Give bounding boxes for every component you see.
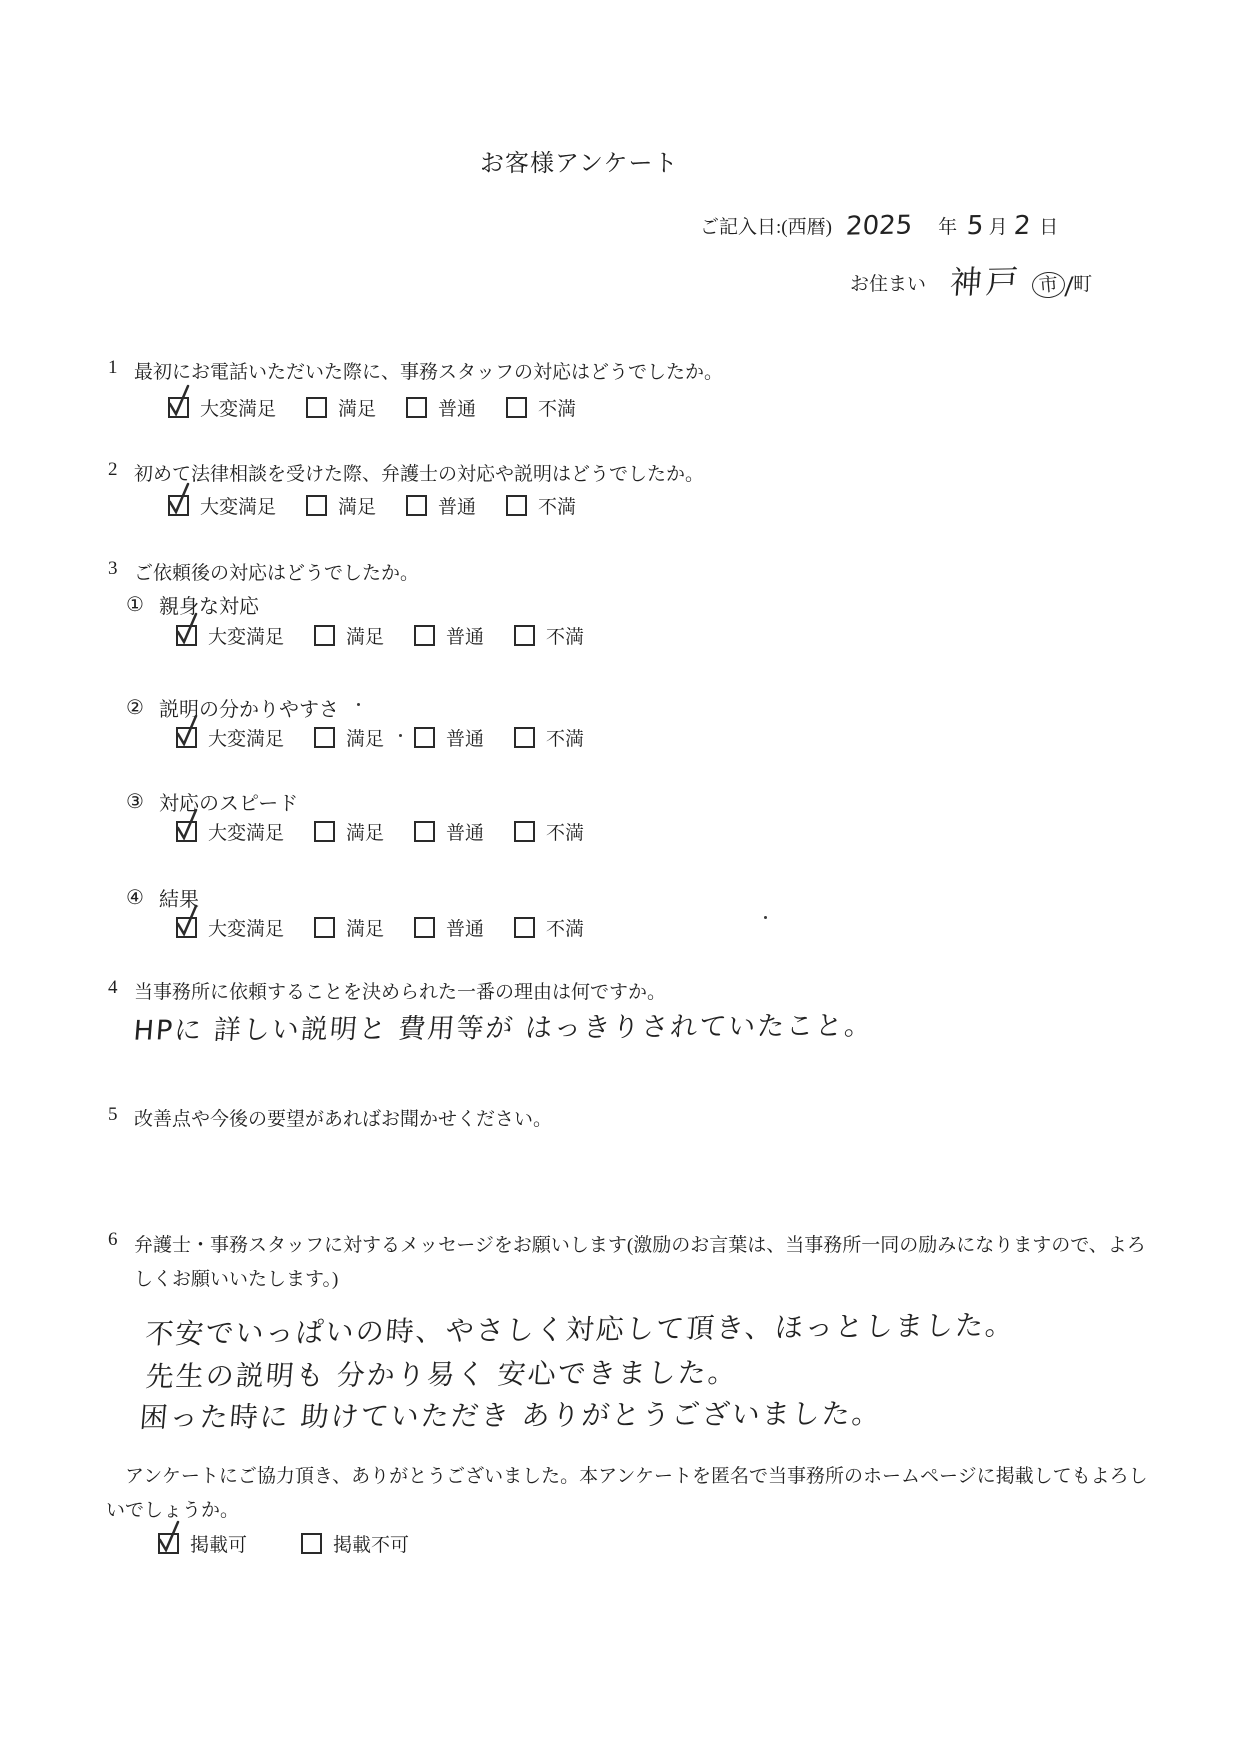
date-label: ご記入日:(西暦) — [700, 212, 832, 239]
date-year-unit: 年 — [938, 212, 957, 239]
question-3-number: 3 — [108, 558, 134, 585]
q2-checkbox-neutral — [406, 495, 427, 516]
residence-label: お住まい — [850, 269, 926, 296]
page-title: お客様アンケート — [480, 143, 679, 178]
q3-sub-4-options-row: 大変満足 満足 普通 不満 — [176, 914, 584, 941]
q2-checkbox-satisfied — [306, 495, 327, 516]
question-4: 4 当事務所に依頼することを決められた一番の理由は何ですか。 — [108, 977, 666, 1004]
question-6-number: 6 — [108, 1229, 134, 1297]
option-label: 大変満足 — [208, 724, 284, 751]
check-mark-icon — [167, 481, 191, 517]
option-label: 普通 — [438, 492, 476, 519]
q3s2-checkbox-neutral — [414, 727, 435, 748]
q3-sub-2: ② 説明の分かりやすさ — [126, 693, 339, 722]
footer-options-row: 掲載可 掲載不可 — [158, 1530, 409, 1557]
option-label: 不満 — [546, 914, 584, 941]
date-day-unit: 日 — [1039, 212, 1058, 239]
date-month-unit: 月 — [989, 212, 1008, 239]
option-label: 満足 — [346, 724, 384, 751]
residence-city-unit-circled: 市 — [1031, 271, 1066, 300]
q3s1-checkbox-satisfied — [314, 625, 335, 646]
date-month-handwritten: 5 — [966, 213, 984, 239]
residence-city-handwritten: 神戸 — [949, 265, 1023, 298]
q3s4-option-dissatisfied: 不満 — [514, 914, 584, 941]
question-3: 3 ご依頼後の対応はどうでしたか。 — [108, 558, 419, 585]
q3-sub-1-options-row: 大変満足 満足 普通 不満 — [176, 622, 584, 649]
question-6-handwritten-line-1: 不安でいっぱいの時、やさしく対応して頂き、ほっとしました。 — [144, 1303, 1017, 1352]
residence-line: お住まい 神戸 市 / 町 — [850, 266, 1092, 298]
q3s3-option-satisfied: 満足 — [314, 818, 384, 845]
q3-sub-2-marker: ② — [126, 695, 159, 720]
q3s1-option-neutral: 普通 — [414, 622, 484, 649]
option-label: 不満 — [546, 818, 584, 845]
q3s4-option-neutral: 普通 — [414, 914, 484, 941]
q1-option-satisfied: 満足 — [306, 394, 376, 421]
q3s1-checkbox-very-satisfied — [176, 625, 197, 646]
question-4-number: 4 — [108, 977, 134, 1004]
q3s3-checkbox-satisfied — [314, 821, 335, 842]
option-label: 普通 — [446, 622, 484, 649]
q3-sub-3: ③ 対応のスピード — [126, 787, 298, 816]
q2-option-very-satisfied: 大変満足 — [168, 492, 276, 519]
q3s1-option-very-satisfied: 大変満足 — [176, 622, 284, 649]
question-5: 5 改善点や今後の要望があればお聞かせください。 — [108, 1104, 552, 1131]
footer-consent-text: アンケートにご協力頂き、ありがとうございました。本アンケートを匿名で当事務所のホ… — [106, 1460, 1151, 1528]
date-line: ご記入日:(西暦) 2025 年 5 月 2 日 — [700, 212, 1058, 239]
question-6-handwritten-line-2: 先生の説明も 分かり易く 安心できました。 — [144, 1351, 739, 1395]
option-label: 普通 — [446, 724, 484, 751]
q3s1-checkbox-neutral — [414, 625, 435, 646]
q3s1-checkbox-dissatisfied — [514, 625, 535, 646]
option-label: 不満 — [538, 492, 576, 519]
footer-option-publish-ok: 掲載可 — [158, 1530, 247, 1557]
question-2-number: 2 — [108, 459, 134, 486]
q3s2-checkbox-dissatisfied — [514, 727, 535, 748]
q3s3-option-very-satisfied: 大変満足 — [176, 818, 284, 845]
check-mark-icon — [175, 903, 199, 939]
q2-options-row: 大変満足 満足 普通 不満 — [168, 492, 576, 519]
q3-sub-3-marker: ③ — [126, 789, 159, 814]
q3s2-checkbox-very-satisfied — [176, 727, 197, 748]
q3s2-option-satisfied: 満足 — [314, 724, 384, 751]
question-6-handwritten-line-3: 困った時に 助けていただき ありがとうございました。 — [138, 1392, 883, 1436]
question-5-number: 5 — [108, 1104, 134, 1131]
option-label: 普通 — [446, 818, 484, 845]
option-label: 普通 — [438, 394, 476, 421]
question-3-text: ご依頼後の対応はどうでしたか。 — [134, 558, 419, 585]
survey-document: お客様アンケート ご記入日:(西暦) 2025 年 5 月 2 日 お住まい 神… — [0, 0, 1241, 1755]
q2-option-dissatisfied: 不満 — [506, 492, 576, 519]
question-4-text: 当事務所に依頼することを決められた一番の理由は何ですか。 — [134, 977, 666, 1004]
q3-sub-2-options-row: 大変満足 満足 普通 不満 — [176, 724, 584, 751]
option-label: 普通 — [446, 914, 484, 941]
footer-checkbox-publish-ng — [301, 1533, 322, 1554]
check-mark-icon — [157, 1519, 181, 1555]
q3s4-checkbox-satisfied — [314, 917, 335, 938]
option-label: 大変満足 — [200, 394, 276, 421]
q3s3-option-neutral: 普通 — [414, 818, 484, 845]
q1-checkbox-dissatisfied — [506, 397, 527, 418]
question-2-text: 初めて法律相談を受けた際、弁護士の対応や説明はどうでしたか。 — [134, 459, 704, 486]
question-6: 6 弁護士・事務スタッフに対するメッセージをお願いします(激励のお言葉は、当事務… — [108, 1229, 1149, 1297]
question-1-number: 1 — [108, 357, 134, 384]
date-year-handwritten: 2025 — [845, 212, 913, 239]
q3s3-checkbox-dissatisfied — [514, 821, 535, 842]
q3-sub-1-label: 親身な対応 — [159, 590, 259, 619]
q3s4-option-very-satisfied: 大変満足 — [176, 914, 284, 941]
option-label: 満足 — [338, 394, 376, 421]
q3s2-option-dissatisfied: 不満 — [514, 724, 584, 751]
q3s2-checkbox-satisfied — [314, 727, 335, 748]
date-day-handwritten: 2 — [1013, 213, 1031, 239]
q3s4-checkbox-neutral — [414, 917, 435, 938]
q1-checkbox-satisfied — [306, 397, 327, 418]
check-mark-icon — [167, 383, 191, 419]
scan-speck — [764, 916, 767, 919]
q3s3-option-dissatisfied: 不満 — [514, 818, 584, 845]
check-mark-icon — [175, 807, 199, 843]
question-4-handwritten-answer: HPに 詳しい説明と 費用等が はっきりされていたこと。 — [132, 1003, 875, 1047]
option-label: 大変満足 — [208, 622, 284, 649]
question-2: 2 初めて法律相談を受けた際、弁護士の対応や説明はどうでしたか。 — [108, 459, 704, 486]
residence-town-unit: 町 — [1073, 269, 1092, 296]
option-label: 大変満足 — [208, 818, 284, 845]
q2-checkbox-dissatisfied — [506, 495, 527, 516]
option-label: 満足 — [338, 492, 376, 519]
scan-speck — [357, 703, 360, 706]
q3s1-option-satisfied: 満足 — [314, 622, 384, 649]
q1-option-neutral: 普通 — [406, 394, 476, 421]
footer-checkbox-publish-ok — [158, 1533, 179, 1554]
q1-checkbox-very-satisfied — [168, 397, 189, 418]
check-mark-icon — [175, 611, 199, 647]
option-label: 不満 — [546, 622, 584, 649]
option-label: 不満 — [538, 394, 576, 421]
question-6-text: 弁護士・事務スタッフに対するメッセージをお願いします(激励のお言葉は、当事務所一… — [134, 1229, 1149, 1297]
q1-options-row: 大変満足 満足 普通 不満 — [168, 394, 576, 421]
q3s1-option-dissatisfied: 不満 — [514, 622, 584, 649]
q3-sub-3-options-row: 大変満足 満足 普通 不満 — [176, 818, 584, 845]
q3s3-checkbox-very-satisfied — [176, 821, 197, 842]
check-mark-icon — [175, 713, 199, 749]
q3s3-checkbox-neutral — [414, 821, 435, 842]
q1-option-dissatisfied: 不満 — [506, 394, 576, 421]
option-label: 大変満足 — [208, 914, 284, 941]
question-5-text: 改善点や今後の要望があればお聞かせください。 — [134, 1104, 552, 1131]
q2-option-satisfied: 満足 — [306, 492, 376, 519]
option-label: 大変満足 — [200, 492, 276, 519]
question-1: 1 最初にお電話いただいた際に、事務スタッフの対応はどうでしたか。 — [108, 357, 723, 384]
q2-option-neutral: 普通 — [406, 492, 476, 519]
q1-option-very-satisfied: 大変満足 — [168, 394, 276, 421]
footer-option-label: 掲載可 — [190, 1530, 247, 1557]
scan-speck — [399, 734, 402, 737]
footer-option-label: 掲載不可 — [333, 1530, 409, 1557]
option-label: 満足 — [346, 622, 384, 649]
option-label: 満足 — [346, 914, 384, 941]
q3s4-option-satisfied: 満足 — [314, 914, 384, 941]
q3s2-option-neutral: 普通 — [414, 724, 484, 751]
q3s4-checkbox-very-satisfied — [176, 917, 197, 938]
q1-checkbox-neutral — [406, 397, 427, 418]
q3s4-checkbox-dissatisfied — [514, 917, 535, 938]
q3-sub-4-marker: ④ — [126, 885, 159, 910]
q3s2-option-very-satisfied: 大変満足 — [176, 724, 284, 751]
q2-checkbox-very-satisfied — [168, 495, 189, 516]
q3-sub-1-marker: ① — [126, 592, 159, 617]
option-label: 不満 — [546, 724, 584, 751]
question-1-text: 最初にお電話いただいた際に、事務スタッフの対応はどうでしたか。 — [134, 357, 723, 384]
footer-option-publish-ng: 掲載不可 — [301, 1530, 409, 1557]
option-label: 満足 — [346, 818, 384, 845]
